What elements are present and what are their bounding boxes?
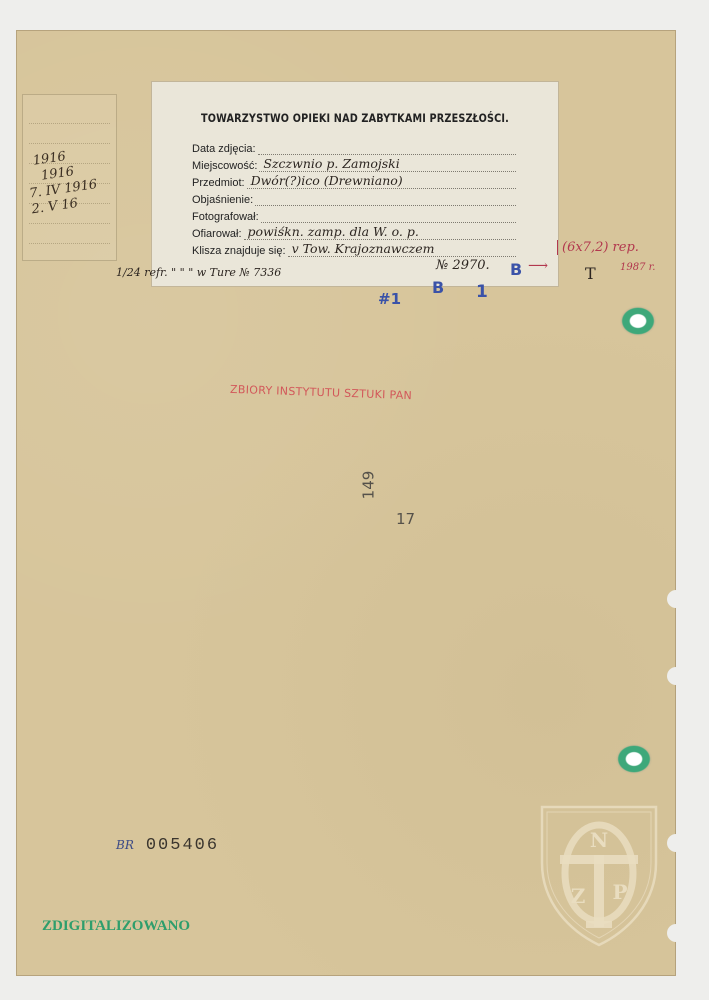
field-label: Klisza znajduje się: [192,245,286,257]
black-mark: T [585,264,596,283]
svg-text:P: P [612,880,627,904]
field-value: Dwór(?)ico (Drewniano) [251,173,403,188]
field-donor: Ofiarował: powiśkn. zamp. dla W. o. p. [192,223,516,240]
tonzp-crest-icon: N Z P [538,803,660,948]
field-description: Objaśnienie: [192,189,516,206]
inventory-number: BR 005406 [116,836,219,855]
field-label: Miejscowość: [192,160,257,172]
field-value: powiśkn. zamp. dla W. o. p. [248,224,419,239]
handwritten-dates: 1916 1916 7. IV 1916 2. V 16 [24,142,127,219]
blue-letter-mark: B [510,260,522,279]
blue-mark: B [432,278,444,297]
field-date: Data zdjęcia: [192,138,516,155]
pencil-number: 149 [359,471,377,500]
field-label: Przedmiot: [192,177,245,189]
field-place: Miejscowość: Szczwnio p. Zamojski [192,155,516,172]
red-arrow-icon: ⟶ [528,258,548,274]
paper-damage-hole [620,306,656,336]
svg-text:Z: Z [571,884,586,908]
catalog-number: № 2970. [436,258,490,273]
society-label: TOWARZYSTWO OPIEKI NAD ZABYTKAMI PRZESZŁ… [152,82,558,286]
edge-notch [667,834,685,852]
inventory-prefix: BR [116,838,134,852]
field-label: Ofiarował: [192,228,242,240]
red-format-note: (6x7,2) rep. [557,240,639,255]
field-label: Objaśnienie: [192,194,253,206]
paper-damage-hole [616,744,652,774]
field-value: Szczwnio p. Zamojski [263,156,399,171]
field-plate-location: Klisza znajduje się: v Tow. Krajoznawcze… [192,240,516,257]
blue-mark: 1 [476,282,488,302]
digitized-stamp: ZDIGITALIZOWANO [42,918,190,935]
field-label: Fotografował: [192,211,259,223]
handwritten-reference: 1/24 refr. " " " w Ture № 7336 [116,266,281,279]
edge-notch [667,590,685,608]
edge-notch [667,667,685,685]
edge-notch [667,924,685,942]
label-title: TOWARZYSTWO OPIEKI NAD ZABYTKAMI PRZESZŁ… [184,111,525,125]
red-year-note: 1987 r. [620,262,656,273]
field-label: Data zdjęcia: [192,143,256,155]
svg-text:N: N [590,828,608,852]
pencil-number: 17 [396,510,415,528]
blue-mark: #1 [378,290,401,308]
field-subject: Przedmiot: Dwór(?)ico (Drewniano) [192,172,516,189]
inventory-value: 005406 [146,836,219,855]
field-photographer: Fotografował: [192,206,516,223]
field-value: v Tow. Krajoznawczem [292,241,435,256]
